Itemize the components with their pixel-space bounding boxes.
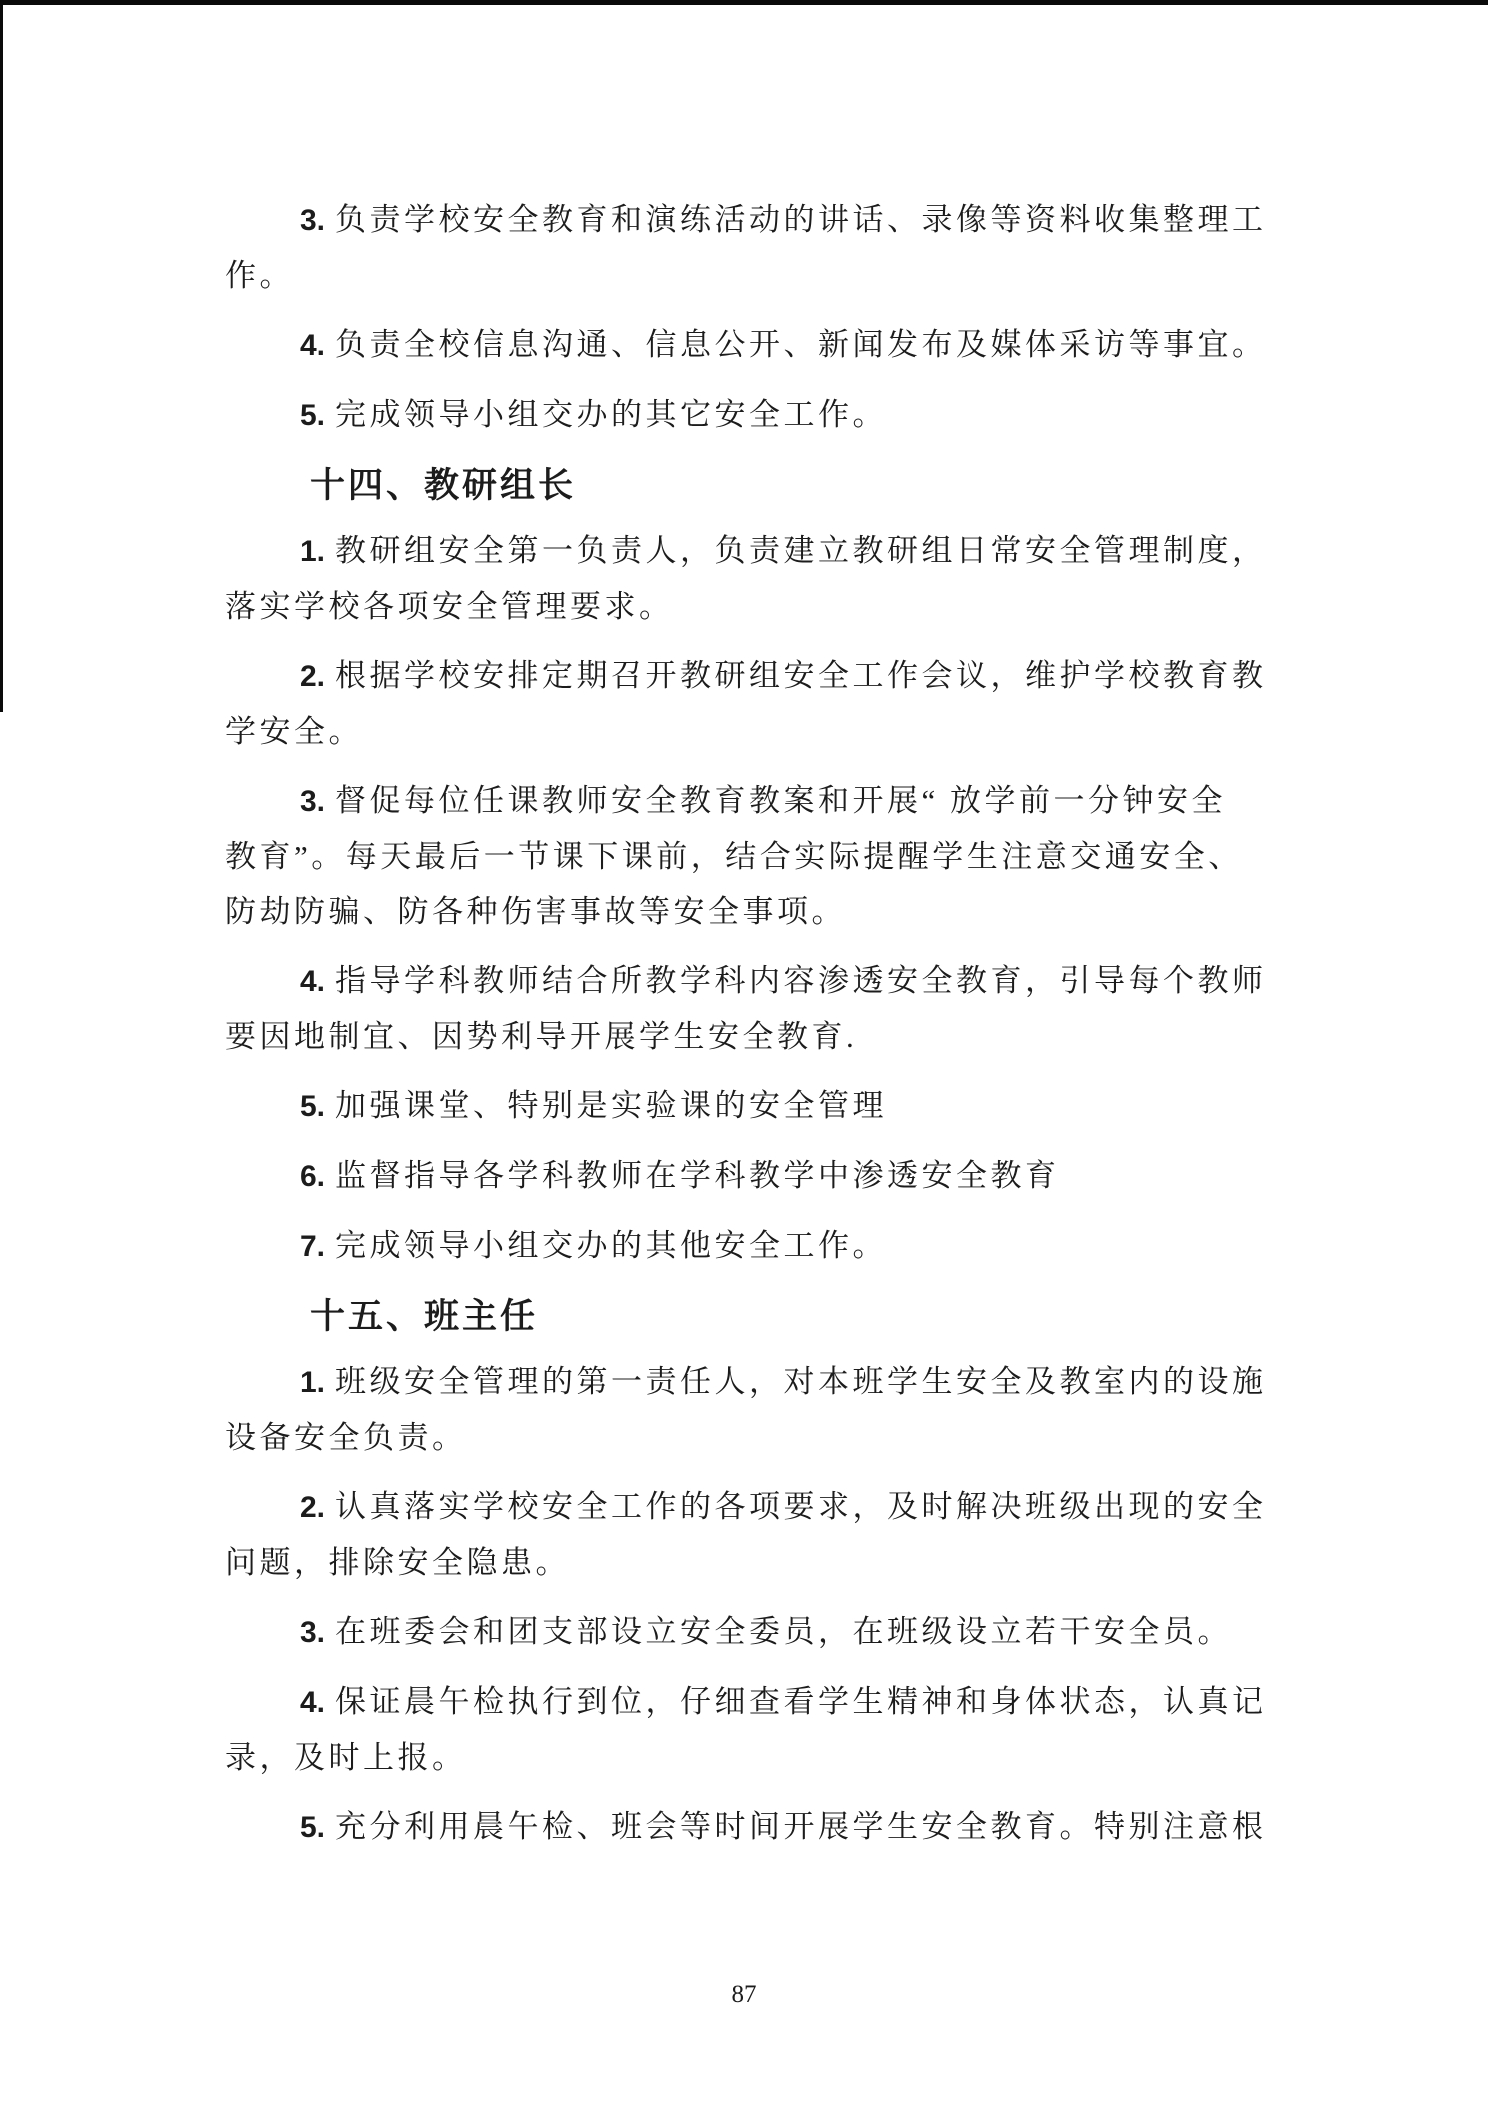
page-footer: 87 — [0, 1978, 1488, 2012]
list-number: 3. — [300, 204, 325, 237]
paragraph: 3.在班委会和团支部设立安全委员，在班级设立若干安全员。 — [225, 1604, 1315, 1660]
paragraph: 2.根据学校安排定期召开教研组安全工作会议，维护学校教育教学安全。 — [225, 648, 1315, 759]
page-number: 87 — [732, 1981, 757, 2008]
text-line: 4.负责全校信息沟通、信息公开、新闻发布及媒体采访等事宜。 — [225, 317, 1315, 373]
list-number: 4. — [300, 965, 325, 998]
list-number: 2. — [300, 1491, 325, 1524]
text-line: 3.在班委会和团支部设立安全委员，在班级设立若干安全员。 — [225, 1604, 1315, 1660]
list-number: 5. — [300, 1090, 325, 1123]
paragraph: 1.班级安全管理的第一责任人，对本班学生安全及教室内的设施设备安全负责。 — [225, 1354, 1315, 1465]
paragraph: 4.保证晨午检执行到位，仔细查看学生精神和身体状态，认真记录，及时上报。 — [225, 1674, 1315, 1785]
list-number: 3. — [300, 1616, 325, 1649]
text-line: 问题，排除安全隐患。 — [225, 1535, 1315, 1590]
text-line: 防劫防骗、防各种伤害事故等安全事项。 — [225, 884, 1315, 939]
paragraph: 4.指导学科教师结合所教学科内容渗透安全教育，引导每个教师要因地制宜、因势利导开… — [225, 953, 1315, 1064]
text-line: 1.班级安全管理的第一责任人，对本班学生安全及教室内的设施 — [225, 1354, 1315, 1410]
document-content: 3.负责学校安全教育和演练活动的讲话、录像等资料收集整理工作。4.负责全校信息沟… — [225, 192, 1315, 1855]
section-heading: 十五、班主任 — [225, 1286, 1315, 1348]
paragraph: 4.负责全校信息沟通、信息公开、新闻发布及媒体采访等事宜。 — [225, 317, 1315, 373]
text-line: 5.加强课堂、特别是实验课的安全管理 — [225, 1078, 1315, 1134]
list-number: 7. — [300, 1230, 325, 1263]
text-line: 3.负责学校安全教育和演练活动的讲话、录像等资料收集整理工 — [225, 192, 1315, 248]
section-heading: 十四、教研组长 — [225, 455, 1315, 517]
list-number: 6. — [300, 1160, 325, 1193]
paragraph: 5.完成领导小组交办的其它安全工作。 — [225, 387, 1315, 443]
paragraph: 3.督促每位任课教师安全教育教案和开展“ 放学前一分钟安全教育”。每天最后一节课… — [225, 773, 1315, 939]
paragraph: 3.负责学校安全教育和演练活动的讲话、录像等资料收集整理工作。 — [225, 192, 1315, 303]
paragraph: 1.教研组安全第一负责人，负责建立教研组日常安全管理制度，落实学校各项安全管理要… — [225, 523, 1315, 634]
text-line: 落实学校各项安全管理要求。 — [225, 579, 1315, 634]
text-line: 要因地制宜、因势利导开展学生安全教育. — [225, 1009, 1315, 1064]
text-line: 4.保证晨午检执行到位，仔细查看学生精神和身体状态，认真记 — [225, 1674, 1315, 1730]
list-number: 1. — [300, 1366, 325, 1399]
paragraph: 7.完成领导小组交办的其他安全工作。 — [225, 1218, 1315, 1274]
text-line: 3.督促每位任课教师安全教育教案和开展“ 放学前一分钟安全 — [225, 773, 1315, 829]
list-number: 5. — [300, 399, 325, 432]
scan-artifact-top-border — [0, 0, 1488, 5]
text-line: 1.教研组安全第一负责人，负责建立教研组日常安全管理制度， — [225, 523, 1315, 579]
text-line: 作。 — [225, 248, 1315, 303]
paragraph: 5.加强课堂、特别是实验课的安全管理 — [225, 1078, 1315, 1134]
list-number: 1. — [300, 535, 325, 568]
list-number: 3. — [300, 785, 325, 818]
document-page: 3.负责学校安全教育和演练活动的讲话、录像等资料收集整理工作。4.负责全校信息沟… — [0, 0, 1488, 2104]
text-line: 4.指导学科教师结合所教学科内容渗透安全教育，引导每个教师 — [225, 953, 1315, 1009]
paragraph: 6.监督指导各学科教师在学科教学中渗透安全教育 — [225, 1148, 1315, 1204]
text-line: 设备安全负责。 — [225, 1410, 1315, 1465]
paragraph: 5.充分利用晨午检、班会等时间开展学生安全教育。特别注意根 — [225, 1799, 1315, 1855]
text-line: 2.根据学校安排定期召开教研组安全工作会议，维护学校教育教 — [225, 648, 1315, 704]
paragraph: 2.认真落实学校安全工作的各项要求，及时解决班级出现的安全问题，排除安全隐患。 — [225, 1479, 1315, 1590]
text-line: 教育”。每天最后一节课下课前，结合实际提醒学生注意交通安全、 — [225, 829, 1315, 884]
text-line: 6.监督指导各学科教师在学科教学中渗透安全教育 — [225, 1148, 1315, 1204]
text-line: 学安全。 — [225, 704, 1315, 759]
list-number: 4. — [300, 329, 325, 362]
text-line: 2.认真落实学校安全工作的各项要求，及时解决班级出现的安全 — [225, 1479, 1315, 1535]
text-line: 5.完成领导小组交办的其它安全工作。 — [225, 387, 1315, 443]
text-line: 录，及时上报。 — [225, 1730, 1315, 1785]
list-number: 5. — [300, 1811, 325, 1844]
text-line: 7.完成领导小组交办的其他安全工作。 — [225, 1218, 1315, 1274]
text-line: 5.充分利用晨午检、班会等时间开展学生安全教育。特别注意根 — [225, 1799, 1315, 1855]
list-number: 2. — [300, 660, 325, 693]
scan-artifact-left-border — [0, 0, 3, 712]
list-number: 4. — [300, 1686, 325, 1719]
